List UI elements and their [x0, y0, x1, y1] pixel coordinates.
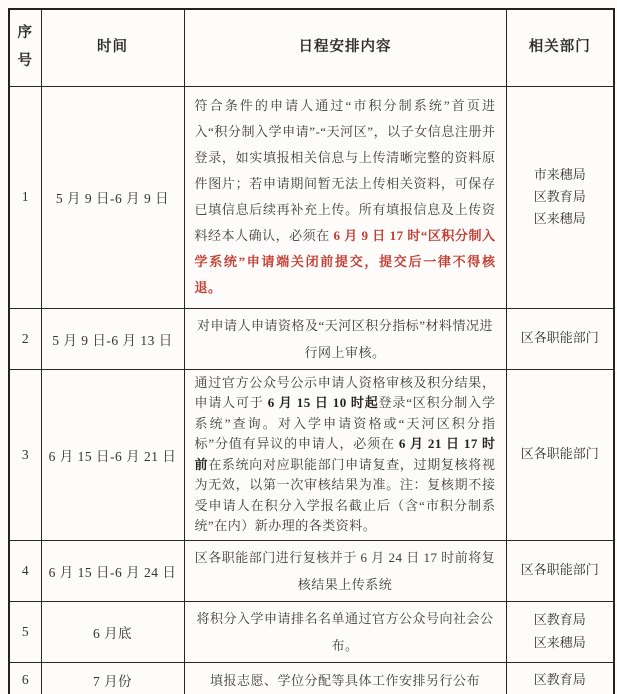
- row-number-cell: 1: [9, 86, 41, 308]
- row-number-cell: 2: [9, 308, 41, 369]
- row-dept-cell: 区各职能部门: [506, 369, 614, 540]
- row-number-cell: 5: [9, 601, 41, 662]
- table-row: 25 月 9 日-6 月 13 日对申请人申请资格及“天河区积分指标”材料情况进…: [9, 308, 614, 369]
- content-text: 填报志愿、学位分配等具体工作安排另行公布: [210, 673, 480, 688]
- row-time-cell: 6 月 15 日-6 月 24 日: [41, 540, 184, 601]
- row-dept-cell: 市来穗局区教育局区来穗局: [506, 86, 614, 308]
- header-time: 时间: [41, 9, 184, 86]
- row-number-cell: 6: [9, 662, 41, 694]
- row-content-cell: 对申请人申请资格及“天河区积分指标”材料情况进行网上审核。: [184, 308, 506, 369]
- row-number-cell: 3: [9, 369, 41, 540]
- content-highlight: 6 月 15 日 10 时起: [268, 395, 379, 410]
- table-row: 36 月 15 日-6 月 21 日通过官方公众号公示申请人资格审核及积分结果，…: [9, 369, 614, 540]
- table-row: 56 月底将积分入学申请排名名单通过官方公众号向社会公布。区教育局区来穗局: [9, 601, 614, 662]
- table-row: 67 月份填报志愿、学位分配等具体工作安排另行公布区教育局: [9, 662, 614, 694]
- content-text: 符合条件的申请人通过“市积分制系统”首页进入“积分制入学申请”-“天河区”，以子…: [195, 98, 496, 243]
- dept-line: 区来穗局: [511, 632, 610, 654]
- row-dept-cell: 区各职能部门: [506, 308, 614, 369]
- row-dept-cell: 区各职能部门: [506, 540, 614, 601]
- row-dept-cell: 区教育局区来穗局: [506, 601, 614, 662]
- dept-line: 区来穗局: [511, 208, 610, 230]
- header-content: 日程安排内容: [184, 9, 506, 86]
- content-text: 在系统向对应职能部门申请复查，过期复核将视为无效，以第一次审核结果为准。注：复核…: [195, 457, 496, 534]
- row-content-cell: 将积分入学申请排名名单通过官方公众号向社会公布。: [184, 601, 506, 662]
- row-time-cell: 6 月 15 日-6 月 21 日: [41, 369, 184, 540]
- row-time-cell: 7 月份: [41, 662, 184, 694]
- dept-line: 区各职能部门: [511, 443, 610, 465]
- table-row: 46 月 15 日-6 月 24 日区各职能部门进行复核并于 6 月 24 日 …: [9, 540, 614, 601]
- row-content-cell: 通过官方公众号公示申请人资格审核及积分结果，申请人可于 6 月 15 日 10 …: [184, 369, 506, 540]
- row-content-cell: 区各职能部门进行复核并于 6 月 24 日 17 时前将复核结果上传系统: [184, 540, 506, 601]
- page: 序号 时间 日程安排内容 相关部门 15 月 9 日-6 月 9 日符合条件的申…: [0, 0, 617, 694]
- dept-line: 区各职能部门: [511, 327, 610, 349]
- header-row: 序号 时间 日程安排内容 相关部门: [9, 9, 614, 86]
- schedule-table: 序号 时间 日程安排内容 相关部门 15 月 9 日-6 月 9 日符合条件的申…: [8, 8, 615, 694]
- dept-line: 区教育局: [511, 669, 610, 691]
- table-row: 15 月 9 日-6 月 9 日符合条件的申请人通过“市积分制系统”首页进入“积…: [9, 86, 614, 308]
- dept-line: 区教育局: [511, 186, 610, 208]
- header-dept: 相关部门: [506, 9, 614, 86]
- content-text: 区各职能部门进行复核并于 6 月 24 日 17 时前将复核结果上传系统: [195, 550, 496, 592]
- table-body: 15 月 9 日-6 月 9 日符合条件的申请人通过“市积分制系统”首页进入“积…: [9, 86, 614, 694]
- row-content-cell: 符合条件的申请人通过“市积分制系统”首页进入“积分制入学申请”-“天河区”，以子…: [184, 86, 506, 308]
- content-text: 对申请人申请资格及“天河区积分指标”材料情况进行网上审核。: [197, 318, 493, 360]
- row-time-cell: 5 月 9 日-6 月 9 日: [41, 86, 184, 308]
- row-content-cell: 填报志愿、学位分配等具体工作安排另行公布: [184, 662, 506, 694]
- content-text: 将积分入学申请排名名单通过官方公众号向社会公布。: [196, 611, 493, 653]
- row-time-cell: 6 月底: [41, 601, 184, 662]
- row-number-cell: 4: [9, 540, 41, 601]
- header-seq: 序号: [9, 9, 41, 86]
- dept-line: 区各职能部门: [511, 559, 610, 581]
- dept-line: 区教育局: [511, 609, 610, 631]
- dept-line: 市来穗局: [511, 164, 610, 186]
- table-header: 序号 时间 日程安排内容 相关部门: [9, 9, 614, 86]
- row-time-cell: 5 月 9 日-6 月 13 日: [41, 308, 184, 369]
- row-dept-cell: 区教育局: [506, 662, 614, 694]
